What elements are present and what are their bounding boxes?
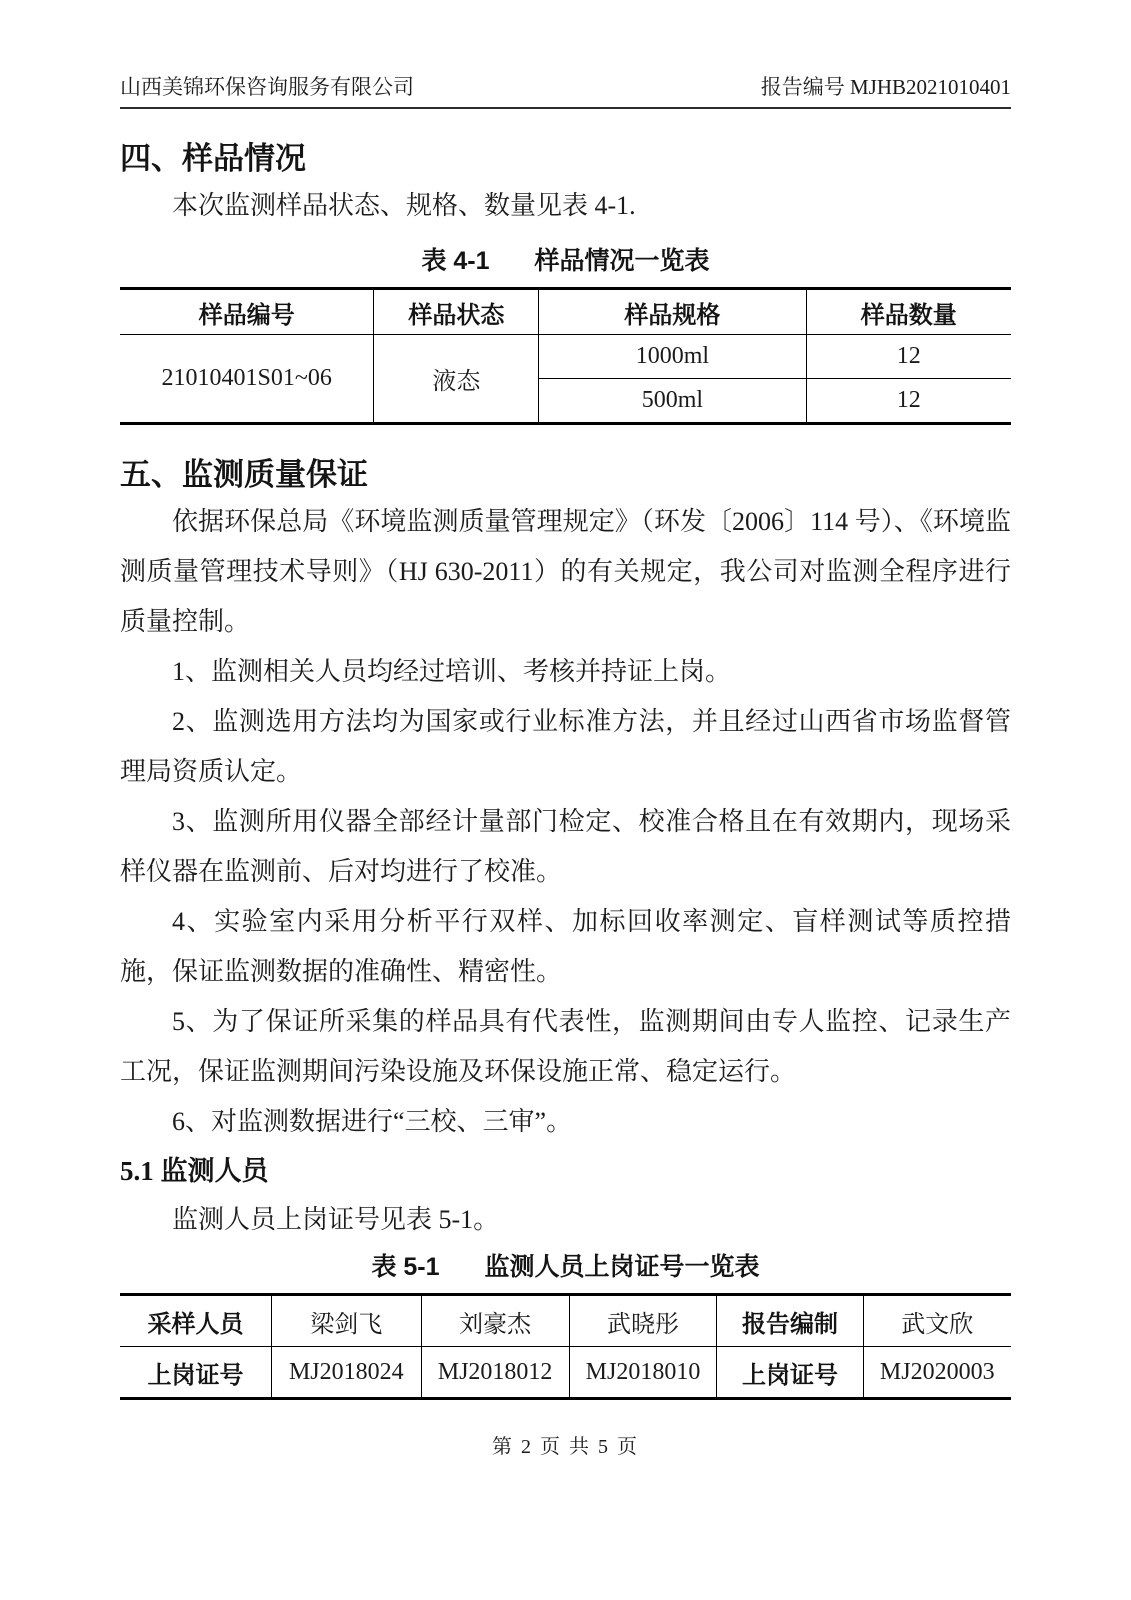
- t51-sampler-1: 梁剑飞: [271, 1295, 421, 1347]
- table-row: 上岗证号 MJ2018024 MJ2018012 MJ2018010 上岗证号 …: [120, 1347, 1011, 1399]
- t51-cert-1: MJ2018024: [271, 1347, 421, 1399]
- table-row: 21010401S01~06 液态 1000ml 12: [120, 335, 1011, 379]
- t51-cert-2: MJ2018012: [421, 1347, 569, 1399]
- page-number: 第 2 页 共 5 页: [492, 1436, 639, 1458]
- section5-title: 五、监测质量保证: [120, 453, 1011, 497]
- t41-cell-sample-id: 21010401S01~06: [120, 335, 374, 424]
- section5-intro: 依据环保总局《环境监测质量管理规定》（环发〔2006〕114 号）、《环境监测质…: [120, 497, 1011, 647]
- table51-caption-label: 表 5-1: [371, 1253, 439, 1281]
- table51-caption: 表 5-1监测人员上岗证号一览表: [120, 1249, 1011, 1285]
- section51-intro: 监测人员上岗证号见表 5-1。: [120, 1195, 1011, 1245]
- table41-caption-label: 表 4-1: [421, 247, 489, 275]
- report-number: 报告编号 MJHB2021010401: [761, 74, 1011, 100]
- qa-item-6: 6、对监测数据进行“三校、三审”。: [120, 1097, 1011, 1147]
- qa-item-4: 4、实验室内采用分析平行双样、加标回收率测定、盲样测试等质控措施，保证监测数据的…: [120, 897, 1011, 997]
- table-4-1: 样品编号 样品状态 样品规格 样品数量 21010401S01~06 液态 10…: [120, 287, 1011, 425]
- qa-item-5: 5、为了保证所采集的样品具有代表性，监测期间由专人监控、记录生产工况，保证监测期…: [120, 997, 1011, 1097]
- table41-caption-title: 样品情况一览表: [535, 247, 710, 275]
- company-name: 山西美锦环保咨询服务有限公司: [120, 74, 414, 100]
- qa-item-3: 3、监测所用仪器全部经计量部门检定、校准合格且在有效期内，现场采样仪器在监测前、…: [120, 797, 1011, 897]
- t51-label-cert-no: 上岗证号: [120, 1347, 271, 1399]
- t41-header-sample-state: 样品状态: [374, 289, 539, 335]
- t41-cell-sample-state: 液态: [374, 335, 539, 424]
- report-page: 山西美锦环保咨询服务有限公司 报告编号 MJHB2021010401 四、样品情…: [0, 0, 1131, 1600]
- t41-header-sample-qty: 样品数量: [806, 289, 1011, 335]
- table-row: 采样人员 梁剑飞 刘豪杰 武晓彤 报告编制 武文欣: [120, 1295, 1011, 1347]
- t51-sampler-2: 刘豪杰: [421, 1295, 569, 1347]
- section4-title: 四、样品情况: [120, 137, 1011, 181]
- t51-label-report-author: 报告编制: [717, 1295, 863, 1347]
- t51-label-samplers: 采样人员: [120, 1295, 271, 1347]
- table-row: 样品编号 样品状态 样品规格 样品数量: [120, 289, 1011, 335]
- section4-intro: 本次监测样品状态、规格、数量见表 4-1.: [120, 181, 1011, 231]
- qa-item-2: 2、监测选用方法均为国家或行业标准方法，并且经过山西省市场监督管理局资质认定。: [120, 697, 1011, 797]
- t51-cert-4: MJ2020003: [863, 1347, 1011, 1399]
- table-5-1: 采样人员 梁剑飞 刘豪杰 武晓彤 报告编制 武文欣 上岗证号 MJ2018024…: [120, 1293, 1011, 1400]
- t51-label-cert-no-2: 上岗证号: [717, 1347, 863, 1399]
- page-header: 山西美锦环保咨询服务有限公司 报告编号 MJHB2021010401: [120, 0, 1011, 109]
- t41-cell-spec-1: 1000ml: [539, 335, 806, 379]
- t51-cert-3: MJ2018010: [569, 1347, 717, 1399]
- qa-item-1: 1、监测相关人员均经过培训、考核并持证上岗。: [120, 647, 1011, 697]
- t51-sampler-3: 武晓彤: [569, 1295, 717, 1347]
- t51-report-author: 武文欣: [863, 1295, 1011, 1347]
- page-footer: 第 2 页 共 5 页: [120, 1430, 1011, 1459]
- t41-cell-spec-2: 500ml: [539, 379, 806, 424]
- table41-caption: 表 4-1样品情况一览表: [120, 243, 1011, 279]
- t41-header-sample-spec: 样品规格: [539, 289, 806, 335]
- t41-cell-qty-2: 12: [806, 379, 1011, 424]
- table51-caption-title: 监测人员上岗证号一览表: [485, 1253, 760, 1281]
- t41-cell-qty-1: 12: [806, 335, 1011, 379]
- section51-title: 5.1 监测人员: [120, 1147, 1011, 1195]
- t41-header-sample-id: 样品编号: [120, 289, 374, 335]
